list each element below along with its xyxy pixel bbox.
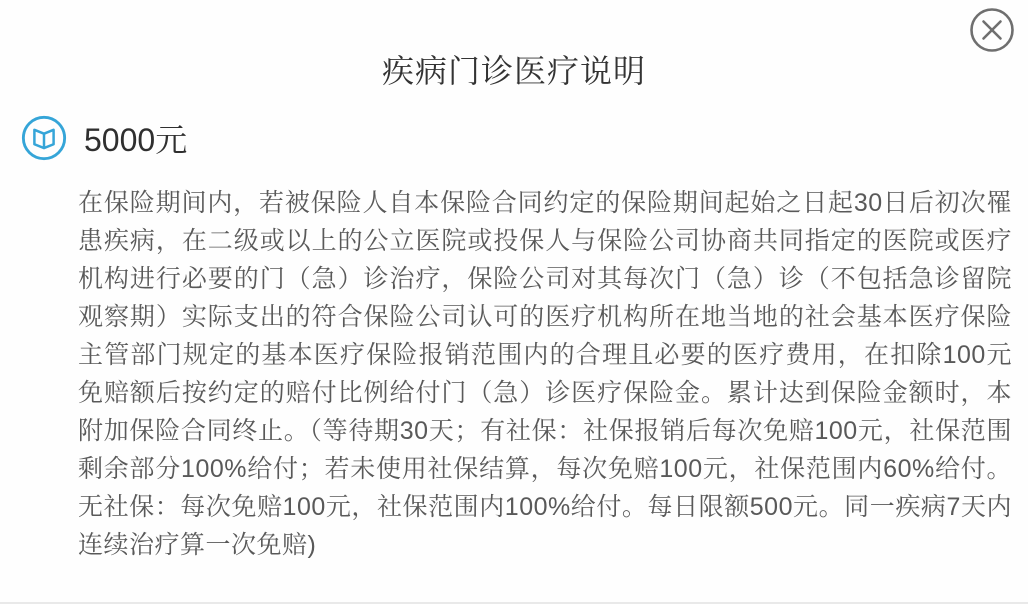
benefit-description: 在保险期间内，若被保险人自本保险合同约定的保险期间起始之日起30日后初次罹患疾病… xyxy=(78,184,1012,564)
open-book-icon xyxy=(20,114,68,162)
benefit-row: 5000元 xyxy=(20,114,187,162)
modal-title: 疾病门诊医疗说明 xyxy=(0,46,1028,92)
disease-outpatient-benefit-modal: { "modal": { "title": "疾病门诊医疗说明", "close… xyxy=(0,0,1028,604)
benefit-amount: 5000元 xyxy=(84,115,187,161)
